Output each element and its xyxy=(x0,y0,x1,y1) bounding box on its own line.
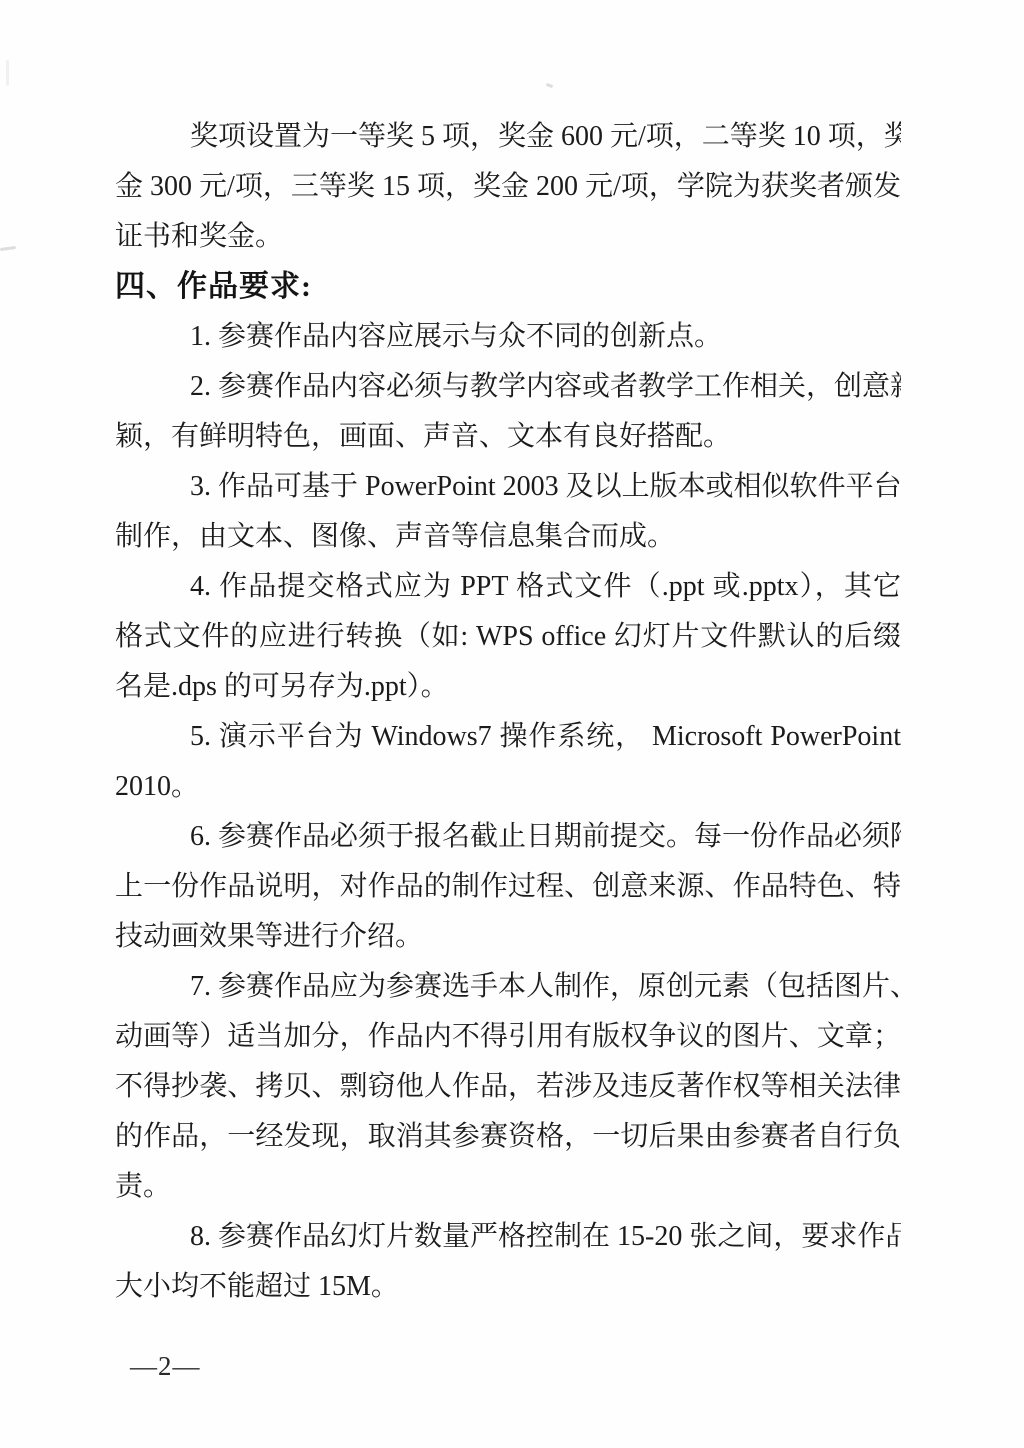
text-line: 5. 演示平台为 Windows7 操作系统， Microsoft PowerP… xyxy=(115,712,901,762)
text-line: 格式文件的应进行转换（如: WPS office 幻灯片文件默认的后缀 xyxy=(115,612,901,662)
text-line: 2010。 xyxy=(115,762,901,812)
text-line: 6. 参赛作品必须于报名截止日期前提交。每一份作品必须附 xyxy=(115,812,901,862)
text-line: 的作品，一经发现，取消其参赛资格，一切后果由参赛者自行负 xyxy=(115,1112,901,1162)
document-body: 奖项设置为一等奖 5 项，奖金 600 元/项，二等奖 10 项，奖金 300 … xyxy=(115,112,901,1312)
text-line: 责。 xyxy=(115,1162,901,1212)
text-line: 不得抄袭、拷贝、剽窃他人作品，若涉及违反著作权等相关法律 xyxy=(115,1062,901,1112)
scan-artifact xyxy=(6,60,9,86)
page-number: —2— xyxy=(130,1341,201,1391)
text-line: 证书和奖金。 xyxy=(115,212,901,262)
scanned-document-page: 奖项设置为一等奖 5 项，奖金 600 元/项，二等奖 10 项，奖金 300 … xyxy=(0,0,1024,1448)
text-line: 技动画效果等进行介绍。 xyxy=(115,912,901,962)
section-heading: 四、作品要求: xyxy=(115,262,901,312)
text-line: 制作，由文本、图像、声音等信息集合而成。 xyxy=(115,512,901,562)
text-line: 7. 参赛作品应为参赛选手本人制作，原创元素（包括图片、 xyxy=(115,962,901,1012)
scan-artifact xyxy=(0,246,16,251)
text-line: 4. 作品提交格式应为 PPT 格式文件（.ppt 或.pptx），其它 xyxy=(115,562,901,612)
text-line: 2. 参赛作品内容必须与教学内容或者教学工作相关，创意新 xyxy=(115,362,901,412)
text-line: 上一份作品说明，对作品的制作过程、创意来源、作品特色、特 xyxy=(115,862,901,912)
text-line: 名是.dps 的可另存为.ppt）。 xyxy=(115,662,901,712)
text-line: 1. 参赛作品内容应展示与众不同的创新点。 xyxy=(115,312,901,362)
text-line: 奖项设置为一等奖 5 项，奖金 600 元/项，二等奖 10 项，奖 xyxy=(115,112,901,162)
text-line: 3. 作品可基于 PowerPoint 2003 及以上版本或相似软件平台 xyxy=(115,462,901,512)
text-line: 颖，有鲜明特色，画面、声音、文本有良好搭配。 xyxy=(115,412,901,462)
text-line: 8. 参赛作品幻灯片数量严格控制在 15-20 张之间，要求作品 xyxy=(115,1212,901,1262)
text-line: 动画等）适当加分，作品内不得引用有版权争议的图片、文章； xyxy=(115,1012,901,1062)
text-line: 大小均不能超过 15M。 xyxy=(115,1262,901,1312)
text-line: 金 300 元/项，三等奖 15 项，奖金 200 元/项，学院为获奖者颁发 xyxy=(115,162,901,212)
scan-artifact xyxy=(546,83,554,88)
